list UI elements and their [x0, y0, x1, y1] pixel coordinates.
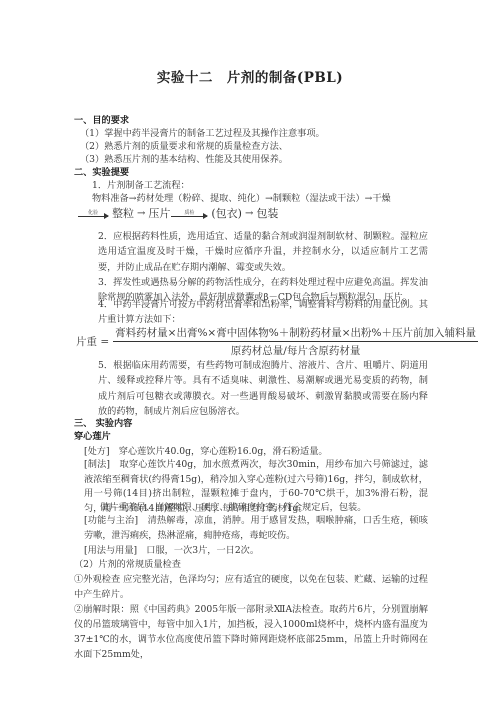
page-title: 实验十二 片剂的制备(PBL): [0, 66, 500, 86]
formula-fraction: 膏料药材量×出膏%×膏中固体物%＋制粉药材量×出粉%＋压片前加入辅料量 原药材总…: [113, 325, 478, 358]
qc-appearance: ①外观检查 应完整光洁，色泽均匀；应有适宜的硬度，以免在包装、贮藏、运输的过程中…: [74, 572, 428, 602]
process-label: 1．片剂制备工艺流程：: [92, 180, 190, 192]
flow-step: 整粒: [112, 206, 134, 222]
arrow-icon: [171, 216, 207, 217]
document-page: 实验十二 片剂的制备(PBL) 一、目的要求 （1）掌握中药半浸膏片的制备工艺过…: [0, 0, 500, 707]
flow-step: (包衣): [211, 206, 242, 222]
process-flow-line2: 化验 整粒 → 压片 质检 (包衣) → 包装: [77, 206, 278, 222]
usage: [用法与用量] 口服，一次3片，一日2次。: [84, 545, 259, 557]
arrow-icon: [78, 216, 108, 217]
objective-3: （3）熟悉压片剂的基本结构、性能及其使用保养。: [80, 154, 288, 166]
paragraph-4: 4．中药半浸膏片可按方中药材出膏率和出粉率，调整膏料与粉料的用量比例。其片重计算…: [74, 297, 428, 328]
subsection-heading: 穿心莲片: [74, 431, 111, 443]
arrow-icon: →: [245, 206, 253, 222]
labeled-arrow: 质检: [171, 211, 207, 217]
formula-numerator: 膏料药材量×出膏%×膏中固体物%＋制粉药材量×出粉%＋压片前加入辅料量: [113, 325, 478, 342]
tablet-weight-formula: 片重 = 膏料药材量×出膏%×膏中固体物%＋制粉药材量×出粉%＋压片前加入辅料量…: [76, 325, 478, 358]
quality-check-note: 做片重差异、崩解时限、硬度、脆碎度检查，符合规定后，包装。: [100, 502, 366, 514]
section-1-heading: 一、目的要求: [74, 115, 129, 127]
flow-step: 压片: [148, 206, 170, 222]
paragraph-5: 5．根据临床用药需要，有些药物可制成泡腾片、溶液片、含片、咀嚼片、阴道用片、缓释…: [74, 358, 428, 419]
section-3-heading: 三、 实验内容: [74, 418, 132, 430]
qc-disintegration: ②崩解时限：照《中国药典》2005年版一部附录ⅫA法检查。取药片6片，分别置崩解…: [74, 602, 428, 662]
qc-heading: （2）片剂的常规质量检查: [74, 559, 181, 571]
labeled-arrow: 化验: [78, 211, 108, 217]
formula-lhs: 片重 =: [76, 334, 109, 349]
prescription: [处方] 穿心莲饮片40.0g，穿心莲粉16.0g，滑石粉适量。: [84, 446, 328, 458]
paragraph-2: 2．应根据药料性质，选用适宜、适量的黏合剂或润湿剂制软材、制颗粒。湿粒应选用适宜…: [74, 229, 428, 275]
formula-denominator: 原药材总量/每片含原药材量: [231, 342, 361, 358]
process-flow-line1: 物料准备→药材处理（粉碎、提取、纯化）→制颗粒（湿法或干法）→干燥: [92, 193, 391, 205]
objective-2: （2）熟悉片剂的质量要求和常规的质量检查方法、: [80, 141, 288, 153]
objective-1: （1）掌握中药半浸膏片的制备工艺过程及其操作注意事项。: [80, 128, 325, 140]
arrow-icon: →: [137, 206, 145, 222]
flow-step: 包装: [256, 206, 278, 222]
function-paragraph: [功能与主治] 清热解毒，凉血，消肿。用于感冒发热，咽喉肿痛，口舌生疮，顿咳劳嗽…: [74, 514, 428, 543]
section-2-heading: 二、实验提要: [74, 167, 129, 179]
